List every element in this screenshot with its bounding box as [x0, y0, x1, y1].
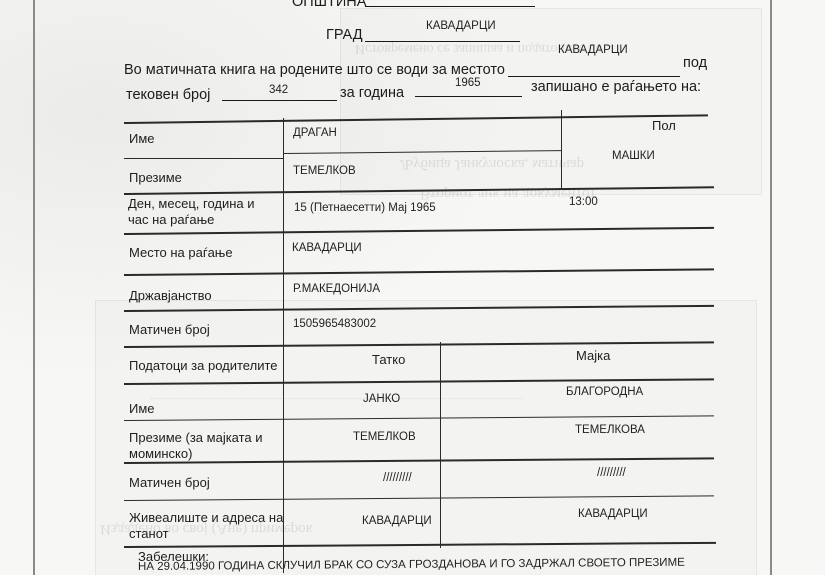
city-line [365, 41, 520, 42]
register-sentence-start: Во матичната книга на родените што се во… [124, 62, 505, 78]
birth-place-value: КАВАДАРЦИ [292, 242, 362, 254]
page-edge-right [770, 0, 772, 575]
year-label: за година [340, 85, 404, 101]
id-number-value: 1505965483002 [293, 318, 376, 330]
birth-date-value: 15 (Петнаесетти) Мај 1965 [294, 202, 436, 214]
bleed-through-text: ........................................… [150, 395, 524, 407]
municipality-label: ОПШТИНА [292, 0, 366, 10]
serial-line [222, 100, 337, 101]
surname-label: Презиме [129, 170, 182, 186]
parents-surname-label: Презиме (за мајката и моминско) [129, 430, 279, 462]
year-line [415, 96, 522, 97]
birth-place-label: Место на раѓање [129, 245, 233, 261]
parents-section-label: Податоци за родителите [129, 358, 278, 374]
id-number-label: Матичен број [129, 322, 210, 338]
citizenship-value: Р.МАКЕДОНИЈА [293, 283, 380, 295]
serial-value: 342 [269, 84, 288, 96]
first-name-value: ДРАГАН [293, 127, 337, 139]
city-value: КАВАДАРЦИ [426, 20, 496, 32]
sex-label: Пол [652, 118, 676, 134]
parents-col-divider [440, 342, 441, 548]
father-header: Татко [372, 352, 405, 368]
register-place-value: КАВАДАРЦИ [558, 44, 628, 56]
father-name-value: ЈАНКО [363, 393, 400, 405]
row-divider-left [124, 158, 284, 159]
birth-certificate-page: Истовремено се запишаа и податоците на .… [0, 0, 825, 575]
parents-address-label: Живеалиште и адреса на станот [129, 510, 289, 542]
recorded-text: запишано е раѓањето на: [531, 79, 701, 95]
municipality-line [365, 6, 535, 7]
register-place-line [508, 76, 680, 77]
mother-surname-value: ТЕМЕЛКОВА [575, 424, 645, 436]
serial-label: тековен број [126, 87, 210, 103]
father-id-number-value: ///////// [383, 472, 412, 484]
birth-datetime-label: Ден, месец, година и час на раѓање [128, 196, 278, 228]
first-name-label: Име [129, 131, 155, 147]
father-address-value: КАВАДАРЦИ [362, 515, 432, 527]
city-label: ГРАД [326, 27, 363, 43]
row-divider [124, 268, 714, 276]
bleed-through-text: Љубица Јанкулоска, матичар [400, 155, 584, 172]
row-divider [124, 227, 714, 235]
birth-time-value: 13:00 [569, 196, 598, 208]
father-surname-value: ТЕМЕЛКОВ [353, 431, 416, 443]
mother-header: Мајка [576, 348, 610, 364]
sex-value: МАШКИ [612, 150, 655, 162]
citizenship-label: Државјанство [129, 288, 212, 304]
surname-value: ТЕМЕЛКОВ [293, 165, 356, 177]
parents-id-number-label: Матичен број [129, 475, 210, 491]
mother-name-value: БЛАГОРОДНА [566, 386, 643, 398]
sex-col-divider [561, 110, 562, 188]
mother-address-value: КАВАДАРЦИ [578, 508, 648, 520]
father-mother-name-label: Име [129, 401, 155, 417]
mother-id-number-value: ///////// [597, 467, 626, 479]
year-value: 1965 [455, 77, 481, 89]
page-edge-left [33, 0, 35, 575]
register-sentence-end: под [683, 55, 707, 71]
